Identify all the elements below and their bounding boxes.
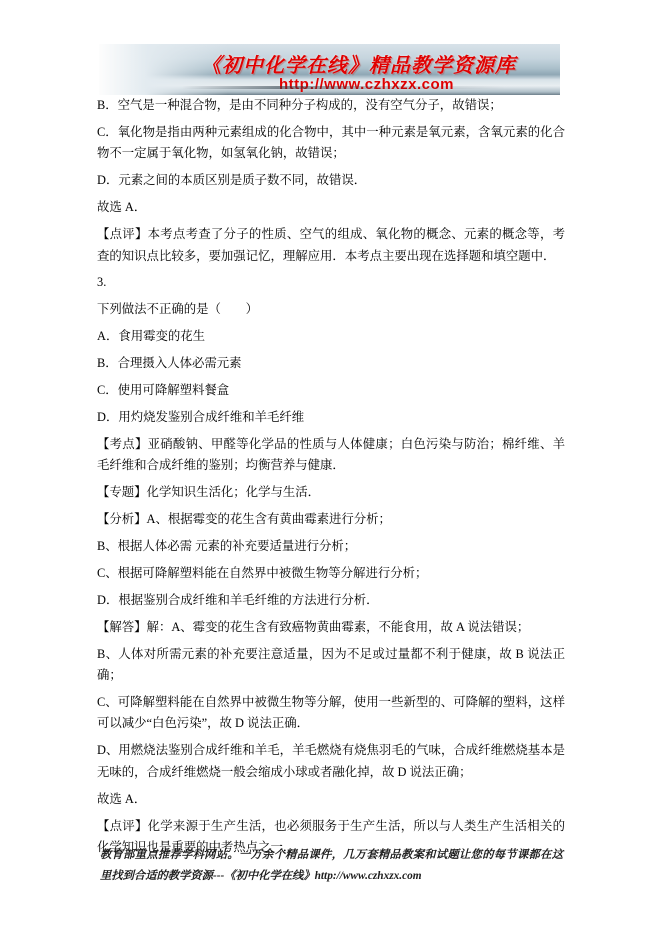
answer-section: 【解答】解：A、霉变的花生含有致癌物黄曲霉素，不能食用，故 A 说法错误；B、人… <box>97 617 565 811</box>
analysis-line: 【点评】本考点考查了分子的性质、空气的组成、氧化物的概念、元素的概念等，考查的知… <box>97 224 565 267</box>
analysis-line: C、根据可降解塑料能在自然界中被微生物等分解进行分析； <box>97 563 565 585</box>
option-line: A．食用霉变的花生 <box>97 326 565 348</box>
document-page: 《初中化学在线》精品教学资源库 http://www.czhxzx.com B．… <box>0 0 661 935</box>
answer-line: D、用燃烧法鉴别合成纤维和羊毛，羊毛燃烧有烧焦羽毛的气味，合成纤维燃烧基本是无味… <box>97 740 565 783</box>
analysis-line: 【分析】A、根据霉变的花生含有黄曲霉素进行分析； <box>97 509 565 531</box>
answer-line: C、可降解塑料能在自然界中被微生物等分解，使用一些新型的、可降解的塑料，这样可以… <box>97 692 565 735</box>
answer-line: 【解答】解：A、霉变的花生含有致癌物黄曲霉素，不能食用，故 A 说法错误； <box>97 617 565 639</box>
prev-question-analysis: B．空气是一种混合物，是由不同种分子构成的，没有空气分子，故错误；C．氧化物是指… <box>97 95 565 267</box>
analysis-line: C．氧化物是指由两种元素组成的化合物中，其中一种元素是氧元素，含氧元素的化合物不… <box>97 122 565 165</box>
question-stem: 下列做法不正确的是（ ） <box>97 299 565 321</box>
option-line: B．合理摄入人体必需元素 <box>97 353 565 375</box>
option-line: C．使用可降解塑料餐盒 <box>97 380 565 402</box>
answer-line: B、人体对所需元素的补充要注意适量，因为不足或过量都不利于健康，故 B 说法正确… <box>97 644 565 687</box>
banner-url: http://www.czhxzx.com <box>99 76 560 93</box>
footer-note: 教育部重点推荐学科网站。一万余个精品课件，几万套精品教案和试题让您的每节课都在这… <box>100 845 563 886</box>
banner-title: 《初中化学在线》精品教学资源库 <box>99 49 560 78</box>
option-line: D．用灼烧发鉴别合成纤维和羊毛纤维 <box>97 407 565 429</box>
document-body: B．空气是一种混合物，是由不同种分子构成的，没有空气分子，故错误；C．氧化物是指… <box>97 95 565 864</box>
question-number: 3. <box>97 272 565 294</box>
question-options: A．食用霉变的花生B．合理摄入人体必需元素C．使用可降解塑料餐盒D．用灼烧发鉴别… <box>97 326 565 428</box>
analysis-line: D．根据鉴别合成纤维和羊毛纤维的方法进行分析． <box>97 590 565 612</box>
exam-point-line: 【考点】亚硝酸钠、甲醛等化学品的性质与人体健康；白色污染与防治；棉纤维、羊毛纤维… <box>97 434 565 477</box>
analysis-line: B．空气是一种混合物，是由不同种分子构成的，没有空气分子，故错误； <box>97 95 565 117</box>
answer-line: 故选 A． <box>97 789 565 811</box>
topic-line: 【专题】化学知识生活化；化学与生活． <box>97 482 565 504</box>
analysis-line: D．元素之间的本质区别是质子数不同，故错误． <box>97 170 565 192</box>
analysis-line: 故选 A． <box>97 197 565 219</box>
analysis-section: 【分析】A、根据霉变的花生含有黄曲霉素进行分析；B、根据人体必需 元素的补充要适… <box>97 509 565 611</box>
analysis-line: B、根据人体必需 元素的补充要适量进行分析； <box>97 536 565 558</box>
site-banner: 《初中化学在线》精品教学资源库 http://www.czhxzx.com <box>99 44 560 95</box>
